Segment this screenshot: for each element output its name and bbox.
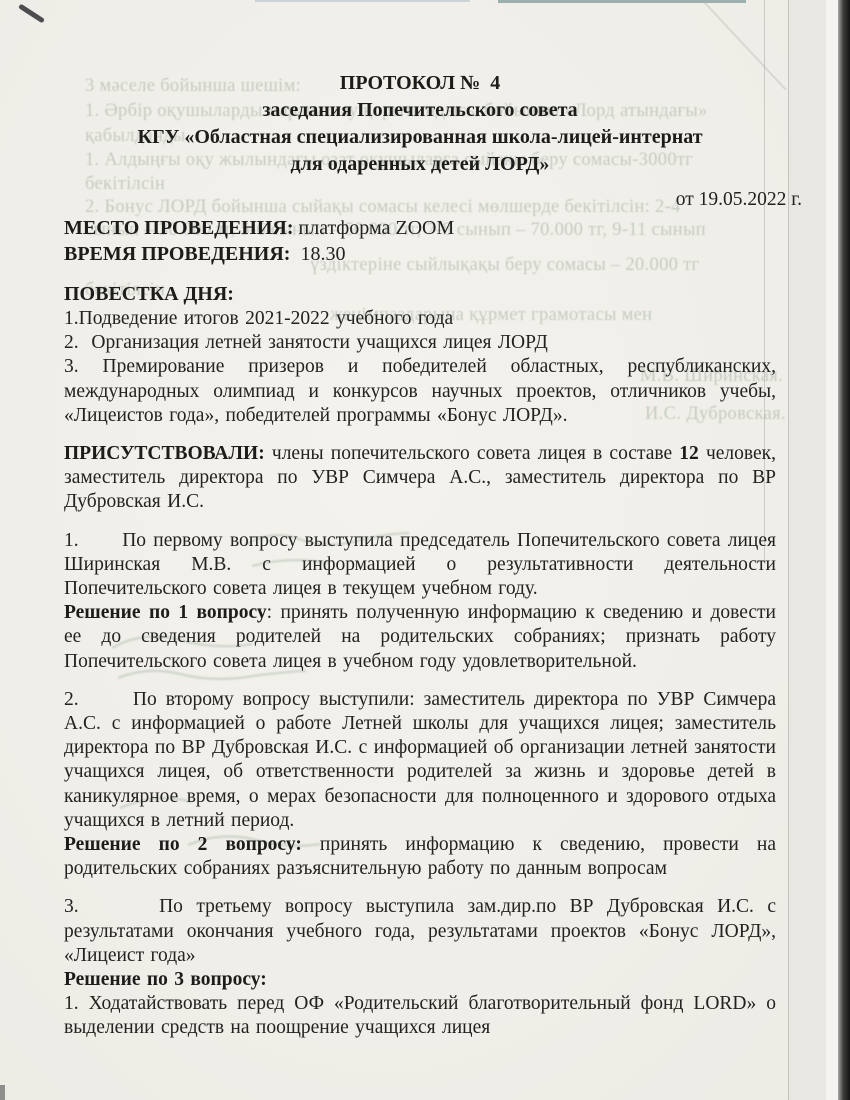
doc-heading: ПОВЕСТКА ДНЯ:: [64, 281, 776, 307]
scanner-strip-teal: [498, 0, 746, 3]
doc-paragraph: 2. По второму вопросу выступили: замести…: [64, 688, 776, 833]
blank-line: [64, 881, 776, 895]
doc-paragraph: 1. По первому вопросу выступила председа…: [64, 529, 776, 602]
doc-title-line: КГУ «Областная специализированная школа-…: [64, 124, 776, 151]
scanner-strip-light: [255, 0, 470, 2]
blank-line: [64, 515, 776, 529]
scan-corner-smudge: [0, 1085, 5, 1100]
doc-bold-text: ПРИСУТСТВОВАЛИ:: [64, 443, 265, 464]
doc-paragraph: 3. Премирование призеров и победителей о…: [64, 355, 776, 428]
blank-line: [64, 674, 776, 688]
doc-bold-text: Решение по 3 вопросу:: [64, 969, 267, 990]
doc-meta-label: МЕСТО ПРОВЕДЕНИЯ:: [64, 217, 294, 239]
doc-paragraph: 2. Организация летней занятости учащихся…: [64, 331, 776, 355]
doc-paragraph: Решение по 1 вопросу: принять полученную…: [64, 601, 776, 674]
document-page: 3 мәселе бойынша шешім:1. Әрбір оқушылар…: [0, 0, 850, 1100]
blank-line: [64, 267, 776, 281]
doc-meta-line: ВРЕМЯ ПРОВЕДЕНИЯ: 18.30: [64, 241, 776, 267]
doc-paragraph: 3. По третьему вопросу выступила зам.дир…: [64, 895, 776, 968]
doc-date: от 19.05.2022 г.: [64, 186, 802, 213]
doc-meta-value: платформа ZOOM: [294, 217, 455, 239]
doc-text: члены попечительского совета лицея в сос…: [265, 443, 680, 464]
doc-bold-text: Решение по 1 вопросу: [64, 602, 267, 623]
doc-meta-line: МЕСТО ПРОВЕДЕНИЯ: платформа ZOOM: [64, 215, 776, 241]
scan-right-margin-band: [788, 0, 827, 1100]
doc-title-line: ПРОТОКОЛ № 4: [64, 70, 776, 97]
blank-line: [64, 428, 776, 442]
doc-meta-label: ВРЕМЯ ПРОВЕДЕНИЯ:: [64, 243, 290, 265]
doc-title-line: заседания Попечительского совета: [64, 97, 776, 124]
doc-bold-text: Решение по 2 вопросу:: [64, 834, 302, 855]
paper-edge-highlight: [826, 0, 838, 1100]
pen-mark: [18, 4, 45, 24]
scan-edge-shadow: [838, 0, 850, 1100]
doc-paragraph: ПРИСУТСТВОВАЛИ: члены попечительского со…: [64, 442, 776, 515]
doc-meta-value: 18.30: [290, 243, 345, 265]
doc-paragraph: 1.Подведение итогов 2021-2022 учебного г…: [64, 307, 776, 331]
doc-paragraph: 1. Ходатайствовать перед ОФ «Родительски…: [64, 992, 776, 1040]
doc-title-line: для одаренных детей ЛОРД»: [64, 151, 776, 178]
doc-paragraph: Решение по 2 вопросу: принять информацию…: [64, 833, 776, 881]
doc-paragraph: Решение по 3 вопросу:: [64, 968, 776, 992]
document-content: ПРОТОКОЛ № 4заседания Попечительского со…: [64, 70, 776, 1041]
doc-bold-text: 12: [679, 443, 699, 464]
